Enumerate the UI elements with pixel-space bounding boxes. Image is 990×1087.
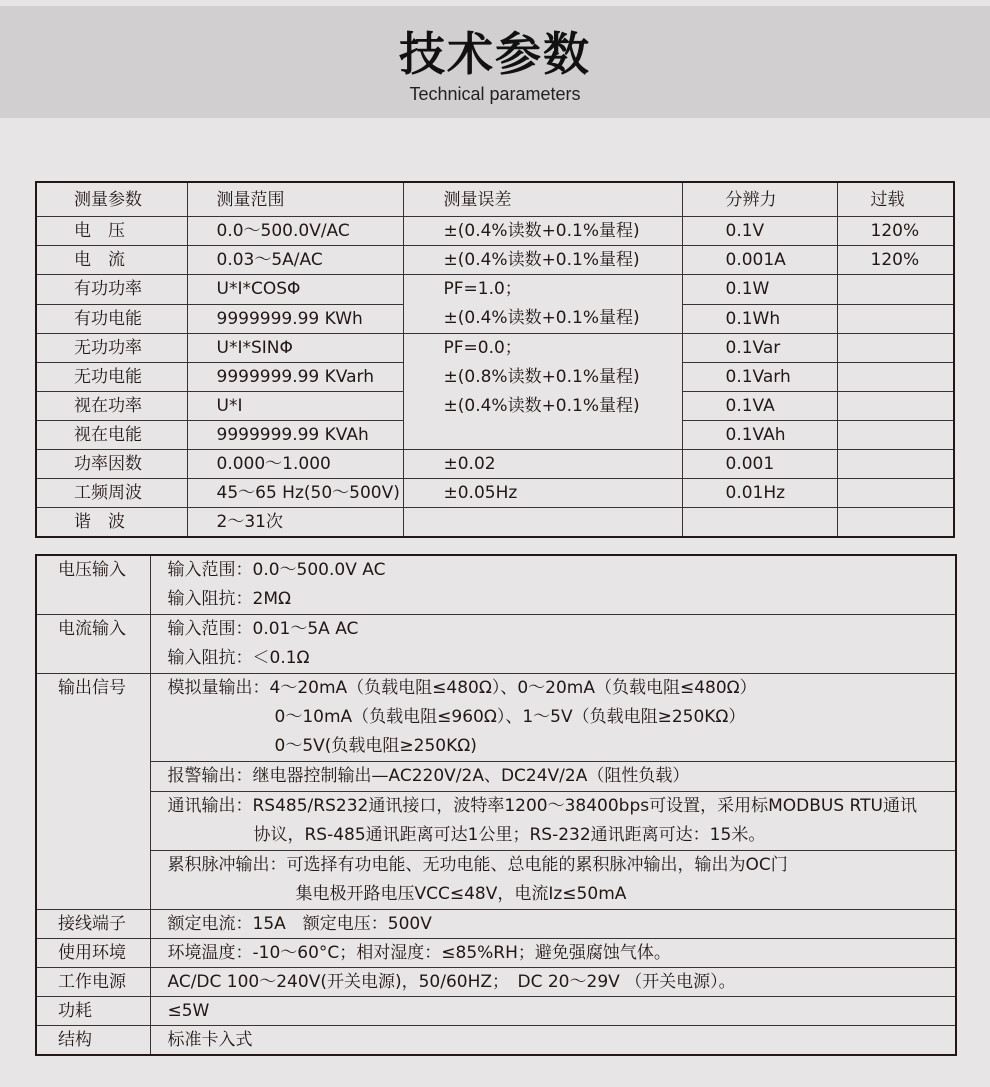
resolution-cell: 0.1VAh: [682, 421, 837, 450]
spec-row-pulse: 累积脉冲输出：可选择有功电能、无功电能、总电能的累积脉冲输出，输出为OC门 集电…: [36, 851, 956, 910]
overload-cell: 120%: [837, 246, 954, 275]
table-row: 有功功率 U*I*COSΦ PF=1.0； ±(0.4%读数+0.1%量程) 0…: [36, 275, 954, 305]
spec-value: 输入范围：0.0～500.0V AC 输入阻抗：2MΩ: [150, 555, 956, 615]
range-cell: 0.0～500.0V/AC: [187, 217, 403, 246]
spec-line: 累积脉冲输出：可选择有功电能、无功电能、总电能的累积脉冲输出，输出为OC门: [168, 851, 956, 880]
spec-value: AC/DC 100～240V(开关电源)，50/60HZ； DC 20～29V …: [150, 968, 956, 997]
resolution-cell: 0.01Hz: [682, 479, 837, 508]
table-row: 功率因数 0.000～1.000 ±0.02 0.001: [36, 450, 954, 479]
overload-cell: [837, 421, 954, 450]
spec-line: 输入阻抗：2MΩ: [168, 585, 956, 614]
overload-cell: [837, 334, 954, 363]
error-cell: ±0.02: [403, 450, 682, 479]
overload-cell: [837, 304, 954, 334]
spec-row-consumption: 功耗 ≤5W: [36, 997, 956, 1026]
param-cell: 电 流: [36, 246, 187, 275]
param-cell: 电 压: [36, 217, 187, 246]
overload-cell: [837, 508, 954, 538]
range-cell: U*I: [187, 392, 403, 421]
spec-label: 电压输入: [36, 555, 150, 615]
error-cell: [403, 508, 682, 538]
spec-row-alarm: 报警输出：继电器控制输出—AC220V/2A、DC24V/2A（阻性负载）: [36, 762, 956, 792]
error-line: PF=0.0；: [444, 334, 682, 363]
spec-label: 结构: [36, 1026, 150, 1056]
column-header: 测量范围: [187, 182, 403, 217]
column-header: 测量误差: [403, 182, 682, 217]
spec-value: ≤5W: [150, 997, 956, 1026]
resolution-cell: 0.1V: [682, 217, 837, 246]
spec-value: 环境温度：-10～60°C；相对湿度：≤85%RH；避免强腐蚀气体。: [150, 939, 956, 968]
table-header-row: 测量参数 测量范围 测量误差 分辨力 过载: [36, 182, 954, 217]
param-cell: 工频周波: [36, 479, 187, 508]
resolution-cell: [682, 508, 837, 538]
spec-row-output-signal: 输出信号 模拟量输出：4～20mA（负载电阻≤480Ω）、0～20mA（负载电阻…: [36, 674, 956, 762]
range-cell: 2～31次: [187, 508, 403, 538]
overload-cell: [837, 363, 954, 392]
spec-line: 0～5V(负载电阻≥250KΩ): [168, 732, 956, 761]
spec-line: 0～10mA（负载电阻≤960Ω）、1～5V（负载电阻≥250KΩ）: [168, 703, 956, 732]
spec-line: 模拟量输出：4～20mA（负载电阻≤480Ω）、0～20mA（负载电阻≤480Ω…: [168, 674, 956, 703]
param-cell: 有功电能: [36, 304, 187, 334]
overload-cell: [837, 479, 954, 508]
spec-value: 额定电流：15A 额定电压：500V: [150, 910, 956, 939]
spec-value: 输入范围：0.01～5A AC 输入阻抗：＜0.1Ω: [150, 615, 956, 674]
spec-label: 接线端子: [36, 910, 150, 939]
spec-line: 通讯输出：RS485/RS232通讯接口，波特率1200～38400bps可设置…: [168, 792, 956, 821]
error-cell: ±(0.4%读数+0.1%量程): [403, 246, 682, 275]
error-line: PF=1.0；: [444, 275, 682, 304]
resolution-cell: 0.1Wh: [682, 304, 837, 334]
spec-row-environment: 使用环境 环境温度：-10～60°C；相对湿度：≤85%RH；避免强腐蚀气体。: [36, 939, 956, 968]
error-cell: ±0.05Hz: [403, 479, 682, 508]
resolution-cell: 0.1VA: [682, 392, 837, 421]
spec-label: 电流输入: [36, 615, 150, 674]
page-subtitle: Technical parameters: [0, 83, 990, 105]
resolution-cell: 0.1Varh: [682, 363, 837, 392]
spec-value-analog: 模拟量输出：4～20mA（负载电阻≤480Ω）、0～20mA（负载电阻≤480Ω…: [150, 674, 956, 762]
range-cell: 0.03～5A/AC: [187, 246, 403, 275]
error-line: ±(0.4%读数+0.1%量程): [444, 304, 682, 333]
spec-line: 输入范围：0.0～500.0V AC: [168, 556, 956, 585]
range-cell: U*I*COSΦ: [187, 275, 403, 305]
error-line: ±(0.4%读数+0.1%量程): [444, 392, 682, 421]
spec-row-voltage-input: 电压输入 输入范围：0.0～500.0V AC 输入阻抗：2MΩ: [36, 555, 956, 615]
spec-line: 集电极开路电压VCC≤48V，电流Iz≤50mA: [168, 880, 956, 909]
param-cell: 视在电能: [36, 421, 187, 450]
resolution-cell: 0.1W: [682, 275, 837, 305]
spec-label: 工作电源: [36, 968, 150, 997]
spec-row-comm: 通讯输出：RS485/RS232通讯接口，波特率1200～38400bps可设置…: [36, 792, 956, 851]
param-cell: 视在功率: [36, 392, 187, 421]
spec-label: 使用环境: [36, 939, 150, 968]
param-cell: 功率因数: [36, 450, 187, 479]
range-cell: 0.000～1.000: [187, 450, 403, 479]
column-header: 分辨力: [682, 182, 837, 217]
table-row: 无功功率 U*I*SINΦ PF=0.0； ±(0.8%读数+0.1%量程) ±…: [36, 334, 954, 363]
spec-row-structure: 结构 标准卡入式: [36, 1026, 956, 1056]
overload-cell: [837, 450, 954, 479]
table-row: 电 压 0.0～500.0V/AC ±(0.4%读数+0.1%量程) 0.1V …: [36, 217, 954, 246]
page-header: 技术参数 Technical parameters: [0, 6, 990, 118]
range-cell: 9999999.99 KVAh: [187, 421, 403, 450]
spec-row-power-supply: 工作电源 AC/DC 100～240V(开关电源)，50/60HZ； DC 20…: [36, 968, 956, 997]
error-line: ±(0.8%读数+0.1%量程): [444, 363, 682, 392]
resolution-cell: 0.001A: [682, 246, 837, 275]
spec-line: 协议，RS-485通讯距离可达1公里；RS-232通讯距离可达：15米。: [168, 821, 956, 850]
column-header: 测量参数: [36, 182, 187, 217]
spec-label: 输出信号: [36, 674, 150, 910]
error-cell: PF=0.0； ±(0.8%读数+0.1%量程) ±(0.4%读数+0.1%量程…: [403, 334, 682, 450]
page-title: 技术参数: [0, 28, 990, 80]
range-cell: U*I*SINΦ: [187, 334, 403, 363]
range-cell: 45～65 Hz(50～500V): [187, 479, 403, 508]
resolution-cell: 0.001: [682, 450, 837, 479]
spec-line: 报警输出：继电器控制输出—AC220V/2A、DC24V/2A（阻性负载）: [168, 762, 956, 791]
table-row: 电 流 0.03～5A/AC ±(0.4%读数+0.1%量程) 0.001A 1…: [36, 246, 954, 275]
spec-line: 输入范围：0.01～5A AC: [168, 615, 956, 644]
param-cell: 无功功率: [36, 334, 187, 363]
spec-line: 输入阻抗：＜0.1Ω: [168, 644, 956, 673]
range-cell: 9999999.99 KWh: [187, 304, 403, 334]
spec-value-alarm: 报警输出：继电器控制输出—AC220V/2A、DC24V/2A（阻性负载）: [150, 762, 956, 792]
column-header: 过载: [837, 182, 954, 217]
table-row: 谐 波 2～31次: [36, 508, 954, 538]
error-cell: ±(0.4%读数+0.1%量程): [403, 217, 682, 246]
overload-cell: [837, 392, 954, 421]
measurement-table: 测量参数 测量范围 测量误差 分辨力 过载 电 压 0.0～500.0V/AC …: [35, 181, 955, 538]
spec-row-current-input: 电流输入 输入范围：0.01～5A AC 输入阻抗：＜0.1Ω: [36, 615, 956, 674]
table-row: 工频周波 45～65 Hz(50～500V) ±0.05Hz 0.01Hz: [36, 479, 954, 508]
param-cell: 无功电能: [36, 363, 187, 392]
param-cell: 有功功率: [36, 275, 187, 305]
spec-value-comm: 通讯输出：RS485/RS232通讯接口，波特率1200～38400bps可设置…: [150, 792, 956, 851]
spec-table: 电压输入 输入范围：0.0～500.0V AC 输入阻抗：2MΩ 电流输入 输入…: [35, 554, 957, 1056]
range-cell: 9999999.99 KVarh: [187, 363, 403, 392]
resolution-cell: 0.1Var: [682, 334, 837, 363]
spec-value: 标准卡入式: [150, 1026, 956, 1056]
overload-cell: [837, 275, 954, 305]
spec-label: 功耗: [36, 997, 150, 1026]
spec-value-pulse: 累积脉冲输出：可选择有功电能、无功电能、总电能的累积脉冲输出，输出为OC门 集电…: [150, 851, 956, 910]
param-cell: 谐 波: [36, 508, 187, 538]
spec-row-terminal: 接线端子 额定电流：15A 额定电压：500V: [36, 910, 956, 939]
overload-cell: 120%: [837, 217, 954, 246]
error-cell: PF=1.0； ±(0.4%读数+0.1%量程): [403, 275, 682, 334]
